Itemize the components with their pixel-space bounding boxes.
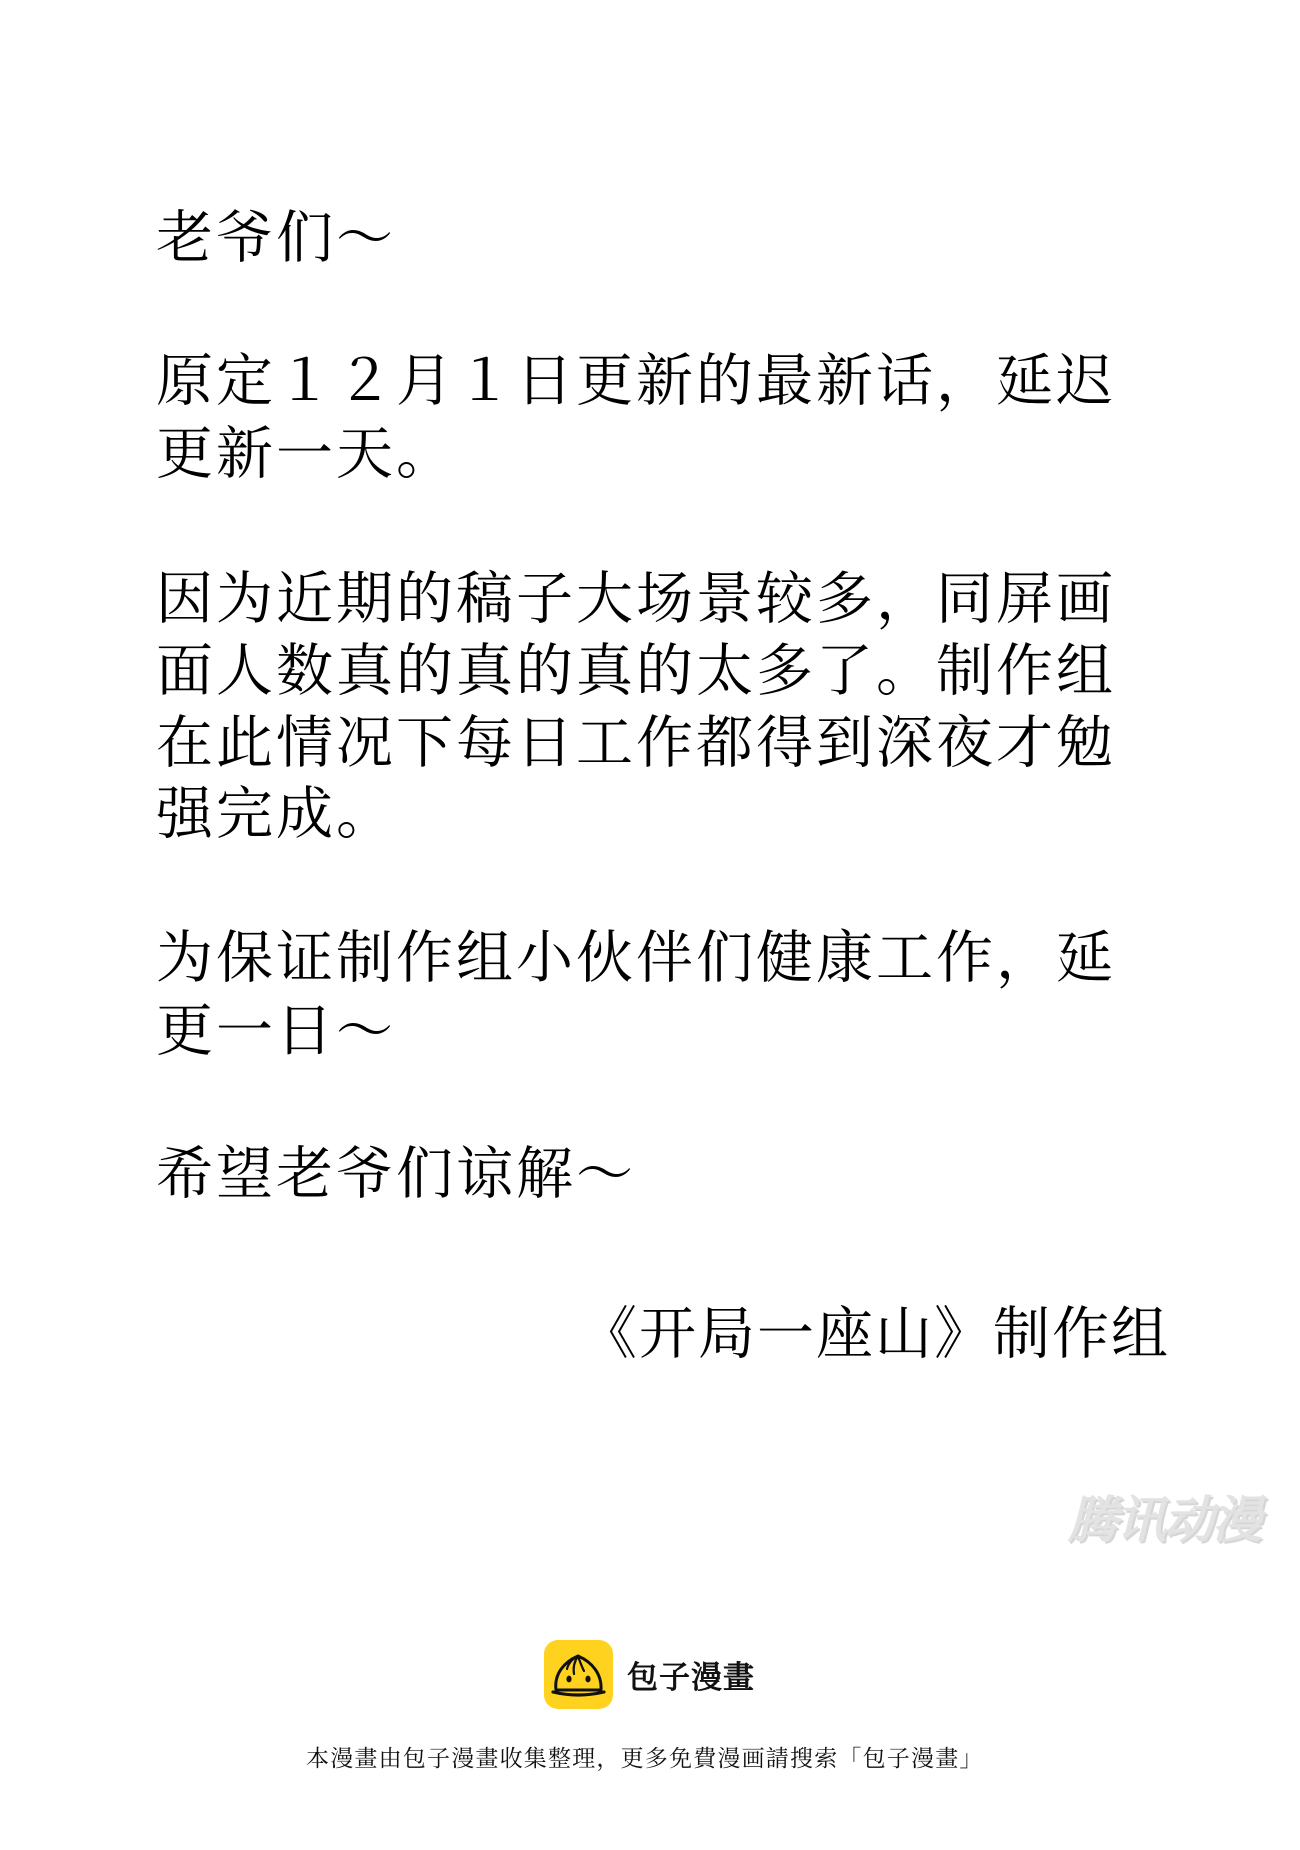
paragraph-line: 在此情况下每日工作都得到深夜才勉 xyxy=(156,713,1116,773)
paragraph-line: 更一日～ xyxy=(156,1001,396,1061)
greeting: 老爷们～ xyxy=(156,208,396,268)
paragraph-line: 因为近期的稿子大场景较多，同屏画 xyxy=(156,569,1116,629)
paragraph-line: 原定１２月１日更新的最新话，延迟 xyxy=(156,351,1116,411)
signature: 《开局一座山》制作组 xyxy=(580,1304,1170,1364)
baozi-brand: 包子漫畫 xyxy=(544,1639,755,1709)
footer-note: 本漫畫由包子漫畫收集整理，更多免費漫画請搜索「包子漫畫」 xyxy=(306,1744,984,1774)
paragraph-line: 更新一天。 xyxy=(156,424,456,484)
paragraph-line: 面人数真的真的真的太多了。制作组 xyxy=(156,641,1116,701)
paragraph-line: 希望老爷们谅解～ xyxy=(156,1144,636,1204)
paragraph-line: 为保证制作组小伙伴们健康工作，延 xyxy=(156,928,1116,988)
tencent-comics-watermark: 腾讯动漫 xyxy=(1068,1490,1284,1550)
paragraph-line: 强完成。 xyxy=(156,784,396,844)
steamed-bun-icon xyxy=(544,1640,613,1709)
brand-name: 包子漫畫 xyxy=(627,1652,755,1697)
